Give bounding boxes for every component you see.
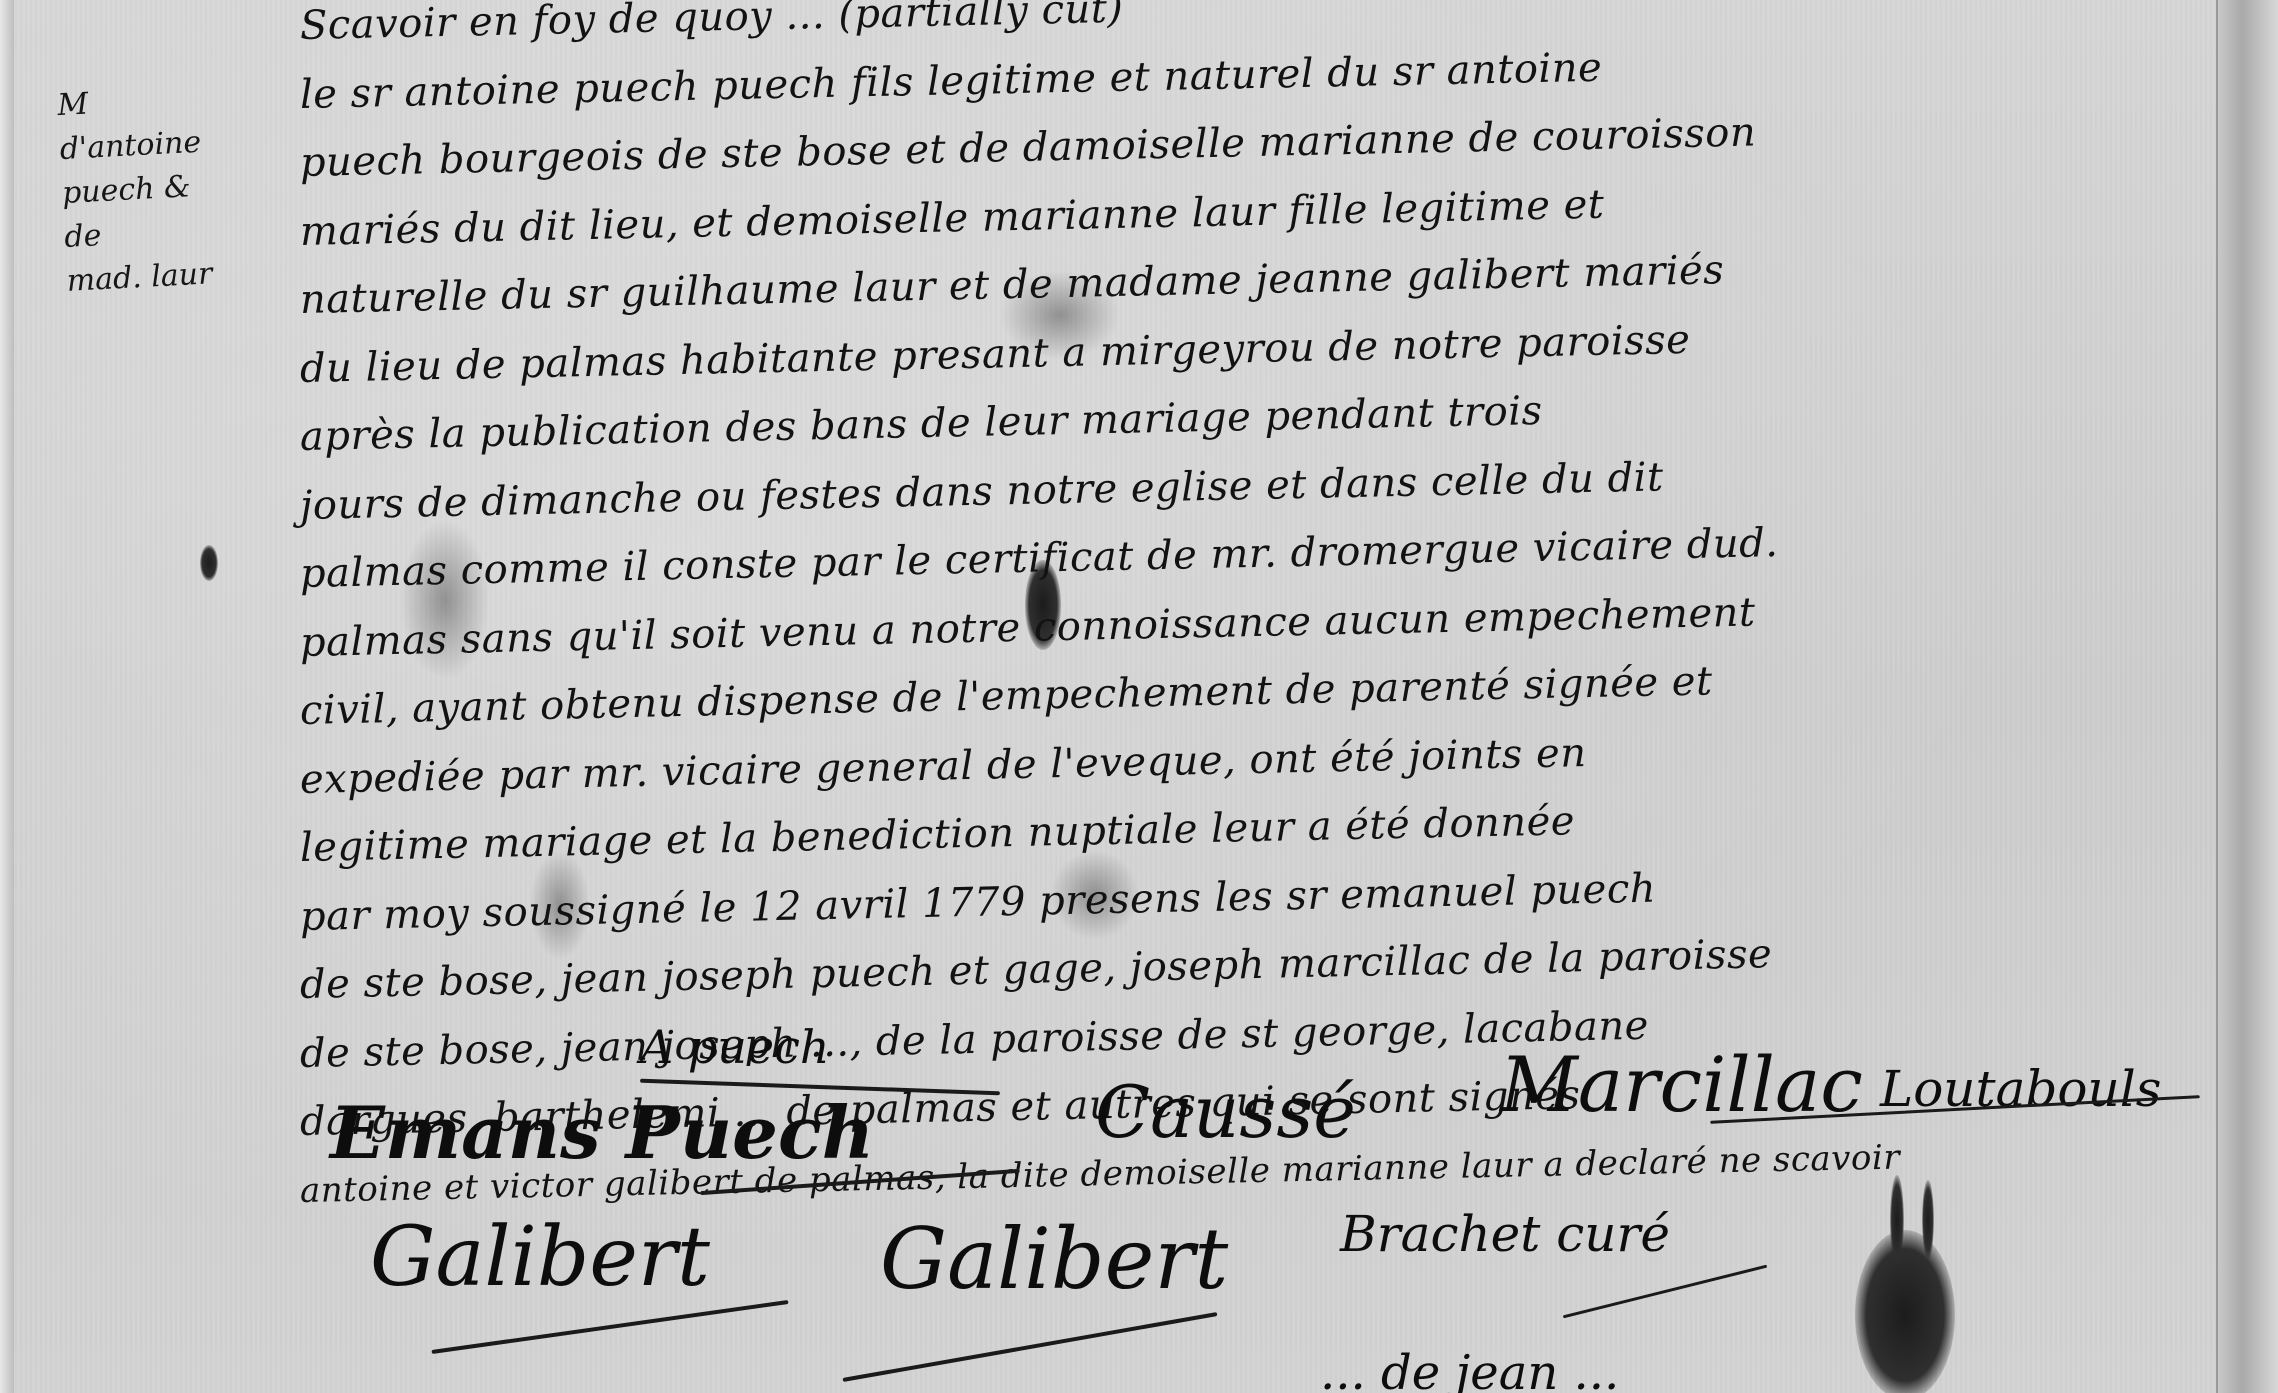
signature-brachet-cure: Brachet curé (1340, 1205, 1670, 1263)
margin-annotation: M d'antoine puech & de mad. laur (56, 72, 297, 304)
signature-causse: Caussé (1095, 1070, 1356, 1154)
signature-emans-puech: Emans Puech (330, 1090, 874, 1175)
ink-dot (200, 545, 218, 581)
signature-underline (843, 1312, 1218, 1382)
register-entry-text: Scavoir en foy de quoy ... (partially cu… (300, 0, 2220, 1225)
page-left-edge (0, 0, 14, 1393)
signature-loutabouls: Loutabouls (1880, 1060, 2161, 1118)
signature-galibert-2: Galibert (880, 1210, 1228, 1308)
partial-bottom-line: ... de jean ... (1320, 1345, 1619, 1393)
page-binding-edge (2216, 0, 2278, 1393)
signature-marcillac: Marcillac (1500, 1040, 1863, 1129)
signature-underline (431, 1300, 788, 1354)
signature-a-puech: A puech (640, 1020, 830, 1074)
register-page-scan: M d'antoine puech & de mad. laur Scavoir… (0, 0, 2278, 1393)
signature-galibert-1: Galibert (370, 1210, 710, 1305)
signature-underline (1563, 1265, 1767, 1319)
wax-seal-blot (1855, 1230, 1955, 1393)
